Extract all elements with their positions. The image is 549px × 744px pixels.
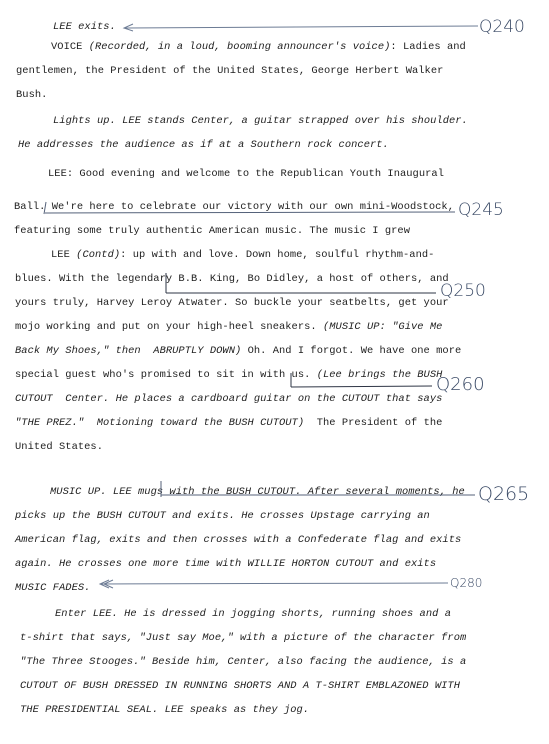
cue-bracket-q265 [161,481,475,497]
cue-label-q240: Q240 [479,17,525,37]
cue-arrow-q240 [124,24,478,31]
cue-label-q250: Q250 [440,281,486,301]
cue-label-q260: Q260 [436,374,485,395]
cue-bracket-q245 [44,202,455,214]
cue-label-q265: Q265 [478,483,529,505]
cue-bracket-q260 [291,373,432,387]
script-page: LEE exits.VOICE (Recorded, in a loud, bo… [0,0,549,744]
cue-bracket-q250 [166,273,436,293]
cue-label-q245: Q245 [458,200,504,220]
handwritten-markup [0,0,549,744]
cue-arrow-q280 [100,580,448,588]
cue-label-q280: Q280 [450,576,482,590]
